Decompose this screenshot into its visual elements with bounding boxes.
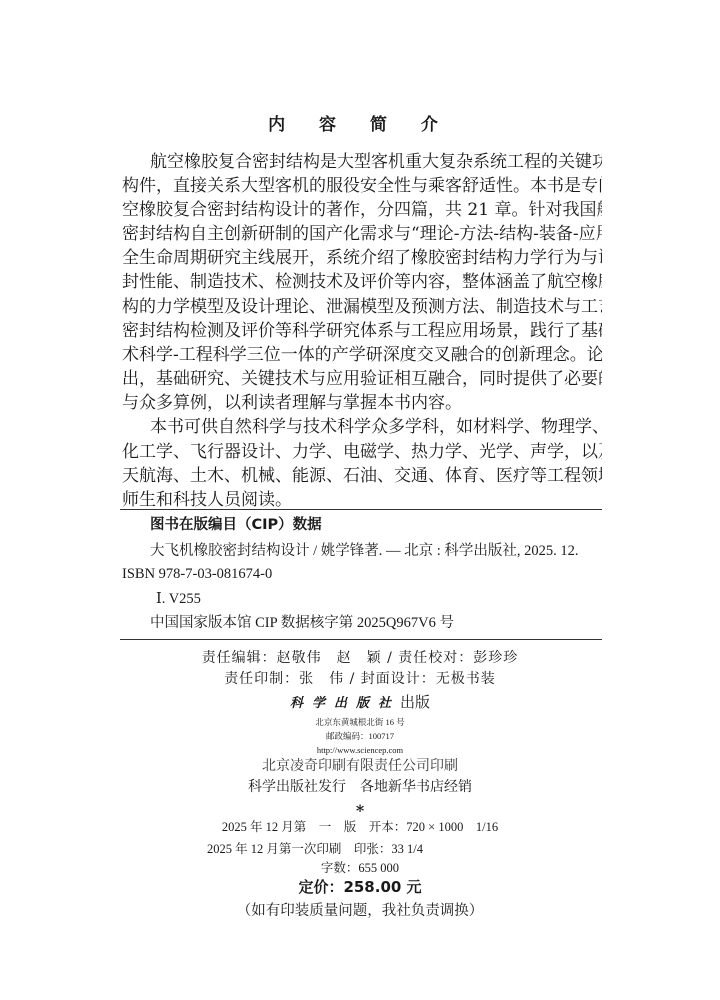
cip-classification: Ⅰ. V255 — [156, 589, 201, 609]
cip-entry: 大飞机橡胶密封结构设计 / 姚学锋著. — 北京 : 科学出版社, 2025. … — [150, 541, 579, 561]
copyright-page: 内 容 简 介 航空橡胶复合密封结构是大型客机重大复杂系统工程的关键功能结 构件… — [0, 0, 720, 1000]
publisher-name-calligraphy: 科学出版社 — [290, 696, 400, 711]
summary-p1-line-3: 空橡胶复合密封结构设计的著作，分四篇，共 21 章。针对我国航空橡胶 — [122, 199, 602, 221]
cip-number: 中国国家版本馆 CIP 数据核字第 2025Q967V6 号 — [150, 613, 454, 633]
summary-p2-line-2: 化工学、飞行器设计、力学、电磁学、热力学、光学、声学，以及航空航 — [122, 441, 602, 463]
word-count: 字数：655 000 — [0, 859, 720, 877]
printing-line: 2025 年 12 月第一次印刷 印张：33 1/4 — [0, 840, 720, 858]
summary-p1-line-8: 密封结构检测及评价等科学研究体系与工程应用场景，践行了基础科学-技 — [122, 320, 602, 342]
publisher-postcode: 邮政编码：100717 — [0, 730, 720, 742]
edition-line: 2025 年 12 月第 一 版 开本：720 × 1000 1/16 — [0, 818, 720, 836]
cip-heading: 图书在版编目（CIP）数据 — [150, 515, 322, 535]
publisher-line: 科学出版社出版 — [0, 692, 720, 714]
summary-p1-line-11: 与众多算例，以利读者理解与掌握本书内容。 — [122, 392, 602, 414]
separator-star: * — [0, 803, 720, 819]
summary-p1-line-5: 全生命周期研究主线展开，系统介绍了橡胶密封结构力学行为与设计、密 — [122, 247, 602, 269]
price: 定价：258.00 元 — [0, 877, 720, 897]
publisher-website: http://www.sciencep.com — [0, 744, 720, 756]
editor-credits: 责任编辑：赵敬伟 赵 颖 / 责任校对：彭珍珍 — [0, 648, 720, 668]
summary-p1-line-10: 出，基础研究、关键技术与应用验证相互融合，同时提供了必要的预备知识 — [122, 368, 602, 390]
summary-p1-line-4: 密封结构自主创新研制的国产化需求与“理论-方法-结构-装备-应用”的 — [122, 223, 602, 245]
summary-p2-line-1: 本书可供自然科学与技术科学众多学科，如材料学、物理学、化学、 — [150, 416, 602, 438]
publisher-address: 北京东黄城根北街 16 号 — [0, 716, 720, 728]
distribution-line: 科学出版社发行 各地新华书店经销 — [0, 777, 720, 797]
summary-p1-line-2: 构件，直接关系大型客机的服役安全性与乘客舒适性。本书是专门论述航 — [122, 175, 602, 197]
summary-p1-line-6: 封性能、制造技术、检测技术及评价等内容，整体涵盖了航空橡胶密封结 — [122, 271, 602, 293]
summary-p2-line-4: 师生和科技人员阅读。 — [122, 489, 602, 511]
quality-notice: （如有印装质量问题，我社负责调换） — [0, 901, 720, 921]
printer-line: 北京凌奇印刷有限责任公司印刷 — [0, 756, 720, 776]
cip-bottom-rule — [120, 639, 602, 640]
publisher-suffix: 出版 — [400, 693, 430, 711]
production-credits: 责任印制：张 伟 / 封面设计：无极书装 — [0, 669, 720, 689]
summary-p1-line-9: 术科学-工程科学三位一体的产学研深度交叉融合的创新理念。论述深入浅 — [122, 344, 602, 366]
page-title: 内 容 简 介 — [0, 114, 720, 136]
cip-top-rule — [120, 509, 602, 510]
cip-isbn: ISBN 978-7-03-081674-0 — [122, 564, 272, 584]
summary-p1-line-1: 航空橡胶复合密封结构是大型客机重大复杂系统工程的关键功能结 — [150, 151, 602, 173]
summary-p2-line-3: 天航海、土木、机械、能源、石油、交通、体育、医疗等工程领域的高校 — [122, 465, 602, 487]
summary-p1-line-7: 构的力学模型及设计理论、泄漏模型及预测方法、制造技术与工艺力学、 — [122, 296, 602, 318]
